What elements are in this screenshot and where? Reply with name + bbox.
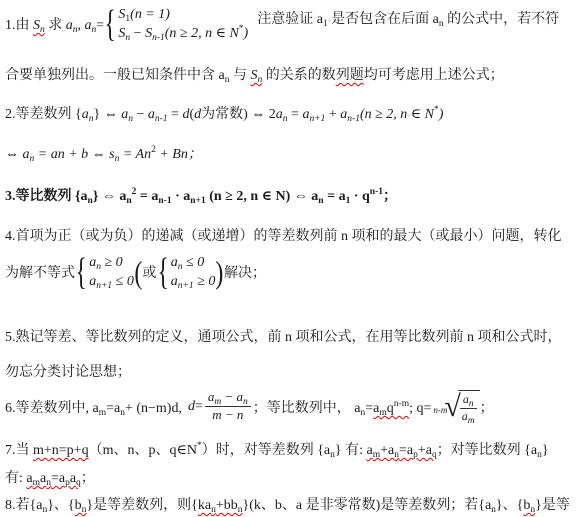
superscript: n-m	[394, 399, 409, 409]
var-Sn-squiggle: Sn	[33, 18, 45, 33]
text-run: 有:	[5, 471, 26, 486]
text-run: ≤ 0	[112, 274, 134, 289]
subscript: n	[243, 397, 248, 407]
text-run: ≥ 0	[101, 255, 123, 270]
math-var: q	[387, 401, 394, 416]
squiggled-formula: aman=apaq	[26, 471, 80, 486]
math-var: a	[171, 255, 178, 270]
text-run: 合要单独列出。一般已知条件中含 a	[5, 68, 225, 83]
text-run: ；	[81, 471, 95, 486]
text-run: ；	[383, 189, 397, 204]
text-run: =a	[51, 471, 65, 486]
line-4-an-sn-forms: ⇔ an = an + b ⇔ sn = An2 + Bn；	[5, 143, 578, 163]
inequality-row: an ≤ 0	[171, 255, 216, 270]
text-run: + Bn；	[156, 147, 202, 162]
text-run: } ⇔	[93, 189, 120, 204]
superscript: n-1	[370, 187, 383, 197]
text-run: ；等比数列中， an=amqn-m; q=	[253, 397, 432, 417]
line-1-sn-formula: 1.由 Sn 求 an, an= { S1(n = 1) Sn − Sn-1(n…	[5, 6, 578, 42]
subscript: m	[33, 478, 40, 488]
subscript: m	[379, 408, 386, 418]
text-run: )	[439, 107, 444, 122]
line-5-geometric-def: 3.等比数列 {an} ⇔ an2 = an-1 · an+1 (n ≥ 2, …	[5, 185, 578, 205]
math-var: a	[85, 18, 92, 33]
text-run: （m、n、p、q∈N	[89, 443, 197, 458]
squiggled-formula: kan+bbn	[198, 498, 243, 513]
math-var: d	[188, 399, 195, 415]
squiggled-text: 列题	[336, 68, 364, 83]
math-var: a	[171, 274, 178, 289]
squiggled-formula: am+an=ap+aq	[367, 443, 437, 458]
radicand: an am	[458, 390, 480, 424]
fraction-denominator: am	[460, 409, 477, 424]
subscript: n-1	[152, 33, 165, 43]
or-text: 或	[143, 262, 157, 282]
text-run: 2.等差数列 {	[5, 107, 82, 122]
math-var: S	[145, 26, 152, 41]
text-run: (n ≥ 2, n ∈ N	[165, 26, 239, 41]
text-run: = An	[119, 147, 151, 162]
text-run: 是否包含在后面 a	[328, 12, 439, 27]
piecewise-cases: S1(n = 1) Sn − Sn-1(n ≥ 2, n ∈ N*)	[116, 7, 248, 42]
subscript: n	[126, 196, 131, 206]
line-7-inequality-systems: 为解不等式 { an ≥ 0 an+1 ≤ 0 ( 或 { an ≤ 0 an+…	[5, 254, 578, 290]
text-run: 解决；	[224, 262, 266, 282]
equals-sign: =	[365, 401, 373, 416]
subscript: n	[469, 399, 474, 409]
text-run: ⇔	[5, 147, 23, 162]
equals-sign: =	[168, 107, 183, 122]
subscript: n+1	[178, 281, 194, 291]
subscript: m	[99, 408, 106, 418]
text-run: 6.等差数列中, a	[5, 401, 99, 416]
formula-lead: 1.由 Sn 求 an, an=	[5, 14, 104, 34]
text-run: +a	[418, 443, 432, 458]
line-6-max-min-problem: 4.首项为正（或为负）的递减（或递增）的等差数列前 n 项和的最大（或最小）问题…	[5, 225, 578, 245]
subscript: n-1	[158, 196, 171, 206]
note-text: 注意验证 a1 是否包含在后面 an 的公式中，若不符	[257, 8, 559, 28]
math-var: a	[23, 147, 30, 162]
line-3-arithmetic-def: 2.等差数列 {an} ⇔ an − an-1 = d(d为常数) ⇔ 2an …	[5, 103, 578, 123]
math-var: a	[339, 189, 346, 204]
math-var: S	[33, 18, 40, 33]
text-run: ,	[78, 18, 85, 33]
line-9-case-discussion: 勿忘分类讨论思想；	[5, 361, 578, 381]
text-run: =a	[106, 401, 120, 416]
squiggled-formula: m+n=p+q	[33, 443, 89, 458]
case-1: S1(n = 1)	[118, 7, 248, 22]
var-Sn-squiggle: Sn	[250, 68, 262, 83]
text-run: 4.首项为正（或为负）的递减（或递增）的等差数列前 n 项和的最大（或最小）问题…	[5, 229, 562, 244]
text-run: ；	[480, 397, 494, 417]
fraction-denominator: m − n	[205, 407, 251, 423]
text-run: 的公式中，若不符	[444, 12, 560, 27]
squiggled-var: bn	[523, 498, 535, 513]
text-run: (n ≥ 2, n ∈ N	[360, 107, 434, 122]
text-run: }是等差数列，则{	[86, 498, 197, 513]
subscript: m	[468, 416, 475, 426]
text-run: 5.熟记等差、等比数列的定义，通项公式，前 n 项和公式，在用等比数列前 n 项…	[5, 330, 562, 345]
text-run: }、{	[47, 498, 74, 513]
math-var: a	[66, 18, 73, 33]
line-8-memorize-formulas: 5.熟记等差、等比数列的定义，通项公式，前 n 项和公式，在用等比数列前 n 项…	[5, 326, 578, 346]
system-brace: {	[157, 254, 168, 290]
text-run: ；等比数列中， a	[253, 401, 361, 416]
text-run: 勿忘分类讨论思想；	[5, 365, 131, 380]
text-run: } ⇔	[93, 107, 121, 122]
text-run: ）时，对等差数列 {a	[202, 443, 330, 458]
system-brace: {	[75, 254, 86, 290]
minus-sign: −	[133, 107, 148, 122]
text-run: (n ≥ 2, n ∈ N) ⇔	[206, 189, 312, 204]
line-11-index-sum-property: 7.当 m+n=p+q（m、n、p、q∈N*）时，对等差数列 {an} 有: a…	[5, 439, 578, 459]
text-run: 3.等比数列 {	[5, 189, 81, 204]
text-run: 8.若{a	[5, 498, 42, 513]
inequality-system-1: an ≥ 0 an+1 ≤ 0	[87, 255, 134, 290]
nth-root: n-m √ an am	[433, 390, 479, 424]
text-run: )	[244, 26, 249, 41]
equals-sign: =	[96, 18, 104, 33]
text-run: ；对等比数列 {a	[437, 443, 537, 458]
line-12-geometric-product: 有: aman=apaq；	[5, 467, 578, 487]
text-run: 7.当	[5, 443, 33, 458]
case-2: Sn − Sn-1(n ≥ 2, n ∈ N*)	[118, 26, 248, 41]
equals-sign: =	[324, 189, 339, 204]
text-run: +a	[380, 443, 394, 458]
piecewise-brace: {	[105, 6, 116, 42]
math-notes-document: 1.由 Sn 求 an, an= { S1(n = 1) Sn − Sn-1(n…	[0, 0, 580, 517]
text-run: 与	[229, 68, 250, 83]
math-var: b	[75, 498, 82, 513]
subscript: n-1	[155, 114, 168, 124]
minus-sign: −	[130, 26, 145, 41]
equals-sign: =	[288, 107, 303, 122]
fraction-q: an am	[460, 393, 477, 424]
math-var: a	[276, 107, 283, 122]
inequality-system-2: an ≤ 0 an+1 ≥ 0	[169, 255, 216, 290]
line-2-continuation: 合要单独列出。一般已知条件中含 an 与 Sn 的关系的数列题均可考虑用上述公式…	[5, 64, 578, 84]
text-run: ; q=	[409, 401, 431, 416]
text-run: ka	[198, 498, 211, 513]
minus-sign: −	[221, 389, 236, 404]
line-10-am-an-relations: 6.等差数列中, am=an+ (n−m)d, d = am − an m − …	[5, 390, 578, 424]
text-run: }(k、b、a 是非零常数)是等差数列；若{a	[242, 498, 491, 513]
plus-sign: +	[325, 107, 340, 122]
inequality-row: an ≥ 0	[89, 255, 134, 270]
text-run: 1.由	[5, 18, 33, 33]
equals-sign: =	[195, 399, 203, 415]
fraction-d: am − an m − n	[205, 390, 251, 423]
text-run: = an + b ⇔ s	[34, 147, 114, 162]
text-run: 6.等差数列中, am=an+ (n−m)d,	[5, 397, 182, 417]
fraction-numerator: an	[460, 393, 477, 409]
math-var: · q	[350, 189, 369, 204]
text-run: (n = 1)	[130, 7, 170, 22]
squiggled-formula: amqn-m	[373, 401, 409, 416]
dot-operator: ·	[172, 189, 184, 204]
math-var: a	[148, 107, 155, 122]
text-run: } 有:	[335, 443, 367, 458]
inequality-row: an+1 ≥ 0	[171, 274, 216, 289]
text-run: 为解不等式	[5, 262, 75, 282]
text-run: ≤ 0	[183, 255, 205, 270]
inequality-row: an+1 ≤ 0	[89, 274, 134, 289]
text-run: 的关系的数	[262, 68, 336, 83]
text-run: ≥ 0	[194, 274, 216, 289]
text-run: }、{	[496, 498, 523, 513]
text-run: 为常数) ⇔ 2	[201, 107, 276, 122]
squiggled-var: bn	[75, 498, 87, 513]
text-run: +bb	[216, 498, 238, 513]
math-var: a	[82, 107, 89, 122]
text-run: }是等	[535, 498, 570, 513]
big-paren-close: )	[216, 257, 224, 287]
text-run: 均可考虑用上述公式；	[364, 68, 504, 83]
text-run: =a	[399, 443, 413, 458]
big-paren-open: (	[134, 257, 142, 287]
subscript: m	[373, 450, 380, 460]
text-run: 求	[45, 18, 66, 33]
text-run: 注意验证 a	[257, 12, 323, 27]
subscript: n+1	[309, 114, 325, 124]
subscript: n-1	[347, 114, 360, 124]
subscript: n+1	[190, 196, 205, 206]
text-run: }	[542, 443, 549, 458]
text-run: + (n−m)d,	[125, 401, 182, 416]
equals-sign: =	[136, 189, 151, 204]
line-13-combined-sequences: 8.若{an}、{bn}是等差数列，则{kan+bbn}(k、b、a 是非零常数…	[5, 494, 578, 514]
subscript: n+1	[96, 281, 112, 291]
math-var: a	[81, 189, 88, 204]
fraction-numerator: am − an	[205, 390, 251, 407]
